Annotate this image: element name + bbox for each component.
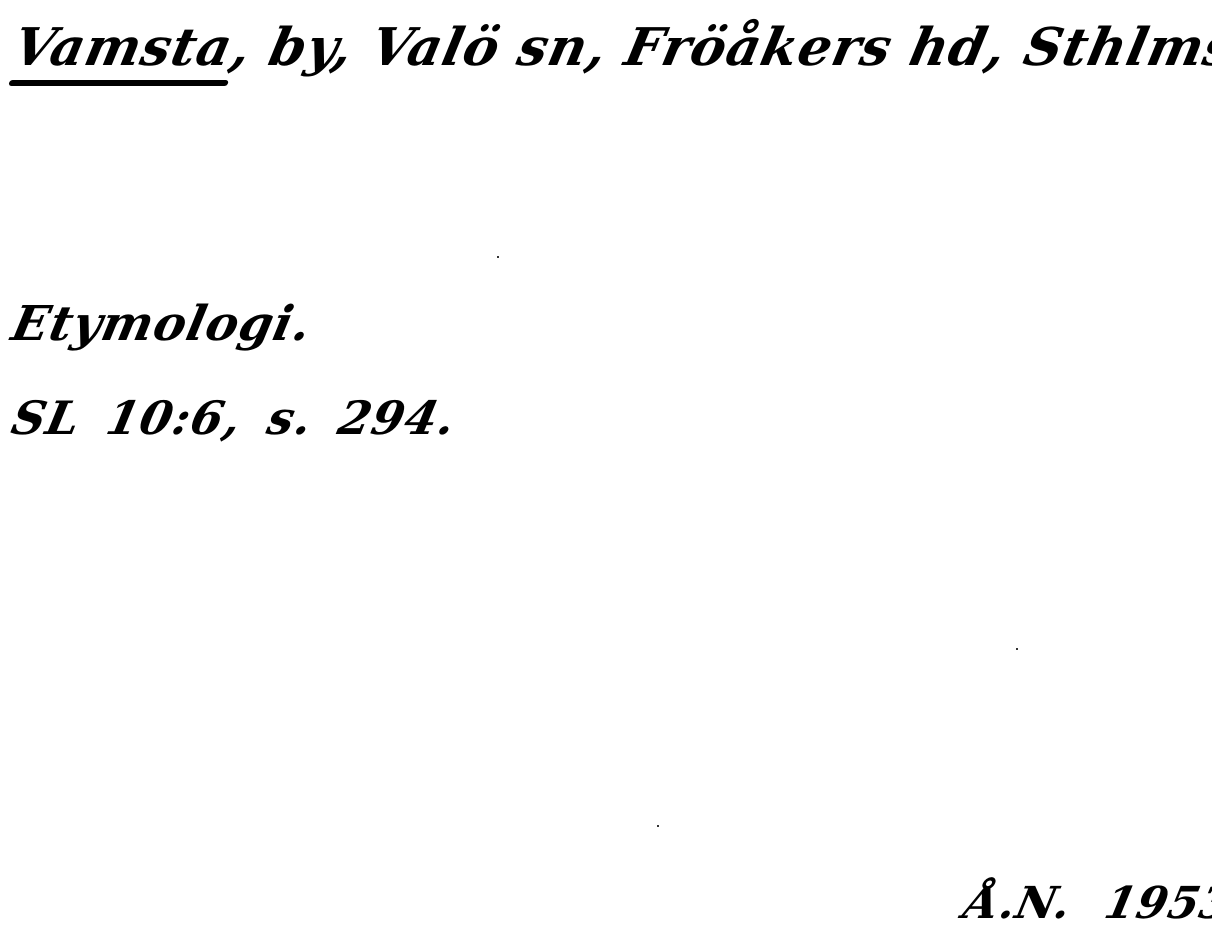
scan-speck bbox=[657, 825, 659, 827]
location-description: , by, Valö sn, Fröåkers hd, Sthlms l. bbox=[223, 8, 1212, 88]
etymology-reference: SL 10:6, s. 294. bbox=[6, 386, 462, 450]
scan-speck bbox=[1016, 648, 1018, 650]
scan-speck bbox=[497, 256, 499, 258]
card-header: Vamsta , by, Valö sn, Fröåkers hd, Sthlm… bbox=[6, 8, 1212, 88]
etymology-label: Etymologi. bbox=[6, 292, 318, 356]
headword: Vamsta bbox=[6, 8, 240, 88]
signature-year: 1953. bbox=[1100, 878, 1212, 929]
signature-initials: Å.N. bbox=[959, 878, 1076, 929]
headword-underline bbox=[8, 80, 229, 86]
headword-text: Vamsta bbox=[8, 17, 238, 78]
signature: Å.N. 1953. bbox=[958, 872, 1212, 936]
